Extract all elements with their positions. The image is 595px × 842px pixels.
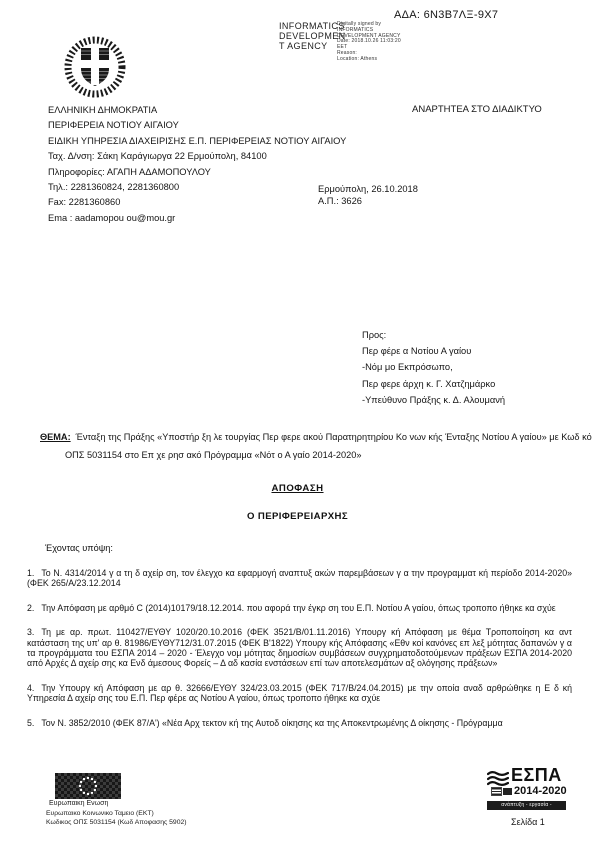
item-number: 2. xyxy=(27,603,34,613)
item-number: 5. xyxy=(27,718,34,728)
legal-item: 3.Τη με αρ. πρωτ. 110427/ΕΥΘΥ 1020/20.10… xyxy=(27,627,572,669)
greek-coat-of-arms-icon xyxy=(62,33,128,108)
address-line: Ταχ. Δ/νση: Σάκη Καράγιωργα 22 Ερμούπολη… xyxy=(48,149,346,164)
recipient-line: -Νόμ μο Εκπρόσωπο, xyxy=(362,359,505,375)
espa-years: 2014-2020 xyxy=(514,785,567,797)
eu-mini-flag-icon xyxy=(503,788,512,795)
espa-logo-name: ΕΣΠΑ xyxy=(511,765,562,786)
legal-items-list: 1.Το Ν. 4314/2014 γ α τη δ αχείρ ση, τον… xyxy=(27,568,572,742)
subject-line: ΘΕΜΑ:Ένταξη της Πράξης «Υποστήρ ξη λε το… xyxy=(40,428,595,464)
recipient-line: Περ φερε άρχη κ. Γ. Χατζημάρκο xyxy=(362,376,505,392)
recipient-block: Προς: Περ φέρε α Νοτίου Α γαίου -Νόμ μο … xyxy=(362,327,505,408)
greek-flag-icon xyxy=(492,788,501,795)
contact-line: Πληροφορίες: ΑΓΑΠΗ ΑΔΑΜΟΠΟΥΛΟΥ xyxy=(48,165,346,180)
legal-item: 1.Το Ν. 4314/2014 γ α τη δ αχείρ ση, τον… xyxy=(27,568,572,589)
publish-notice: ΑΝΑΡΤΗΤΕΑ ΣΤΟ ΔΙΑΔΙΚΤΥΟ xyxy=(412,104,542,115)
decision-title: ΑΠΟΦΑΣΗ xyxy=(0,483,595,494)
subject-label: ΘΕΜΑ: xyxy=(40,432,71,442)
recipient-line: Περ φέρε α Νοτίου Α γαίου xyxy=(362,343,505,359)
date-protocol-block: Ερμούπολη, 26.10.2018 Α.Π.: 3626 xyxy=(318,184,418,207)
legal-item: 2.Την Απόφαση με αρθμό C (2014)10179/18.… xyxy=(27,603,572,613)
region-title: ΠΕΡΙΦΕΡΕΙΑ ΝΟΤΙΟΥ ΑΙΓΑΙΟΥ xyxy=(48,118,346,133)
email-line: Ema : aadamopou ou@mou.gr xyxy=(48,211,346,226)
recipient-label: Προς: xyxy=(362,327,505,343)
document-page: ΑΔΑ: 6Ν3Β7ΛΞ-9Χ7 INFORMATICS DEVELOPMEN … xyxy=(0,0,595,842)
signature-stamp-agency: INFORMATICS DEVELOPMEN T AGENCY xyxy=(279,21,346,51)
ada-code: ΑΔΑ: 6Ν3Β7ΛΞ-9Χ7 xyxy=(394,9,498,21)
page-number: Σελίδα 1 xyxy=(511,817,545,827)
place-date: Ερμούπολη, 26.10.2018 xyxy=(318,184,418,196)
stamp-agency-line: INFORMATICS xyxy=(279,21,346,31)
protocol-number: Α.Π.: 3626 xyxy=(318,196,418,208)
decision-officer: Ο ΠΕΡΙΦΕΡΕΙΑΡΧΗΣ xyxy=(0,511,595,522)
item-text: Το Ν. 4314/2014 γ α τη δ αχείρ ση, τον έ… xyxy=(27,568,572,588)
service-title: ΕΙΔΙΚΗ ΥΠΗΡΕΣΙΑ ΔΙΑΧΕΙΡΙΣΗΣ Ε.Π. ΠΕΡΙΦΕΡ… xyxy=(48,134,346,149)
signature-stamp-details: Digitally signed by INFORMATICS DEVELOPM… xyxy=(337,22,401,63)
espa-slogan-bar: ανάπτυξη - εργασία - αλληλεγγύη xyxy=(487,801,566,810)
agency-header-block: ΕΛΛΗΝΙΚΗ ΔΗΜΟΚΡΑΤΙΑ ΠΕΡΙΦΕΡΕΙΑ ΝΟΤΙΟΥ ΑΙ… xyxy=(48,103,346,226)
legal-item: 4.Την Υπουργ κή Απόφαση με αρ θ. 32666/Ε… xyxy=(27,683,572,704)
decision-preamble: Έχοντας υπόψη: xyxy=(45,543,113,553)
country-title: ΕΛΛΗΝΙΚΗ ΔΗΜΟΚΡΑΤΙΑ xyxy=(48,103,346,118)
subject-text: Ένταξη της Πράξης «Υποστήρ ξη λε τουργία… xyxy=(65,432,592,460)
item-text: Την Απόφαση με αρθμό C (2014)10179/18.12… xyxy=(41,603,555,613)
ops-code-line: Κωδικος ΟΠΣ 5031154 (Κωδ Αποφασης 5902) xyxy=(46,819,187,826)
eu-flag-caption: Ευρωπαικη Ενωση xyxy=(49,800,108,807)
stamp-agency-line: DEVELOPMEN xyxy=(279,31,346,41)
item-number: 1. xyxy=(27,568,34,578)
item-text: Τη με αρ. πρωτ. 110427/ΕΥΘΥ 1020/20.10.2… xyxy=(27,627,572,668)
stamp-agency-line: T AGENCY xyxy=(279,41,346,51)
item-number: 3. xyxy=(27,627,34,637)
tel-line: Τηλ.: 2281360824, 2281360800 xyxy=(48,180,346,195)
item-number: 4. xyxy=(27,683,34,693)
esf-fund-line: Ευρωπαικο Κοινωνικο Ταμειο (ΕΚΤ) xyxy=(46,810,154,817)
stamp-detail-line: Location: Athens xyxy=(337,57,401,63)
legal-item: 5.Τον Ν. 3852/2010 (ΦΕΚ 87/Α') «Νέα Αρχ … xyxy=(27,718,572,728)
fax-line: Fax: 2281360860 xyxy=(48,195,346,210)
eu-flag-icon xyxy=(55,773,121,799)
item-text: Την Υπουργ κή Απόφαση με αρ θ. 32666/ΕΥΘ… xyxy=(27,683,572,703)
eu-flag-stars-icon xyxy=(55,773,121,799)
item-text: Τον Ν. 3852/2010 (ΦΕΚ 87/Α') «Νέα Αρχ τε… xyxy=(41,718,502,728)
recipient-line: -Υπεύθυνο Πράξης κ. Δ. Αλουμανή xyxy=(362,392,505,408)
